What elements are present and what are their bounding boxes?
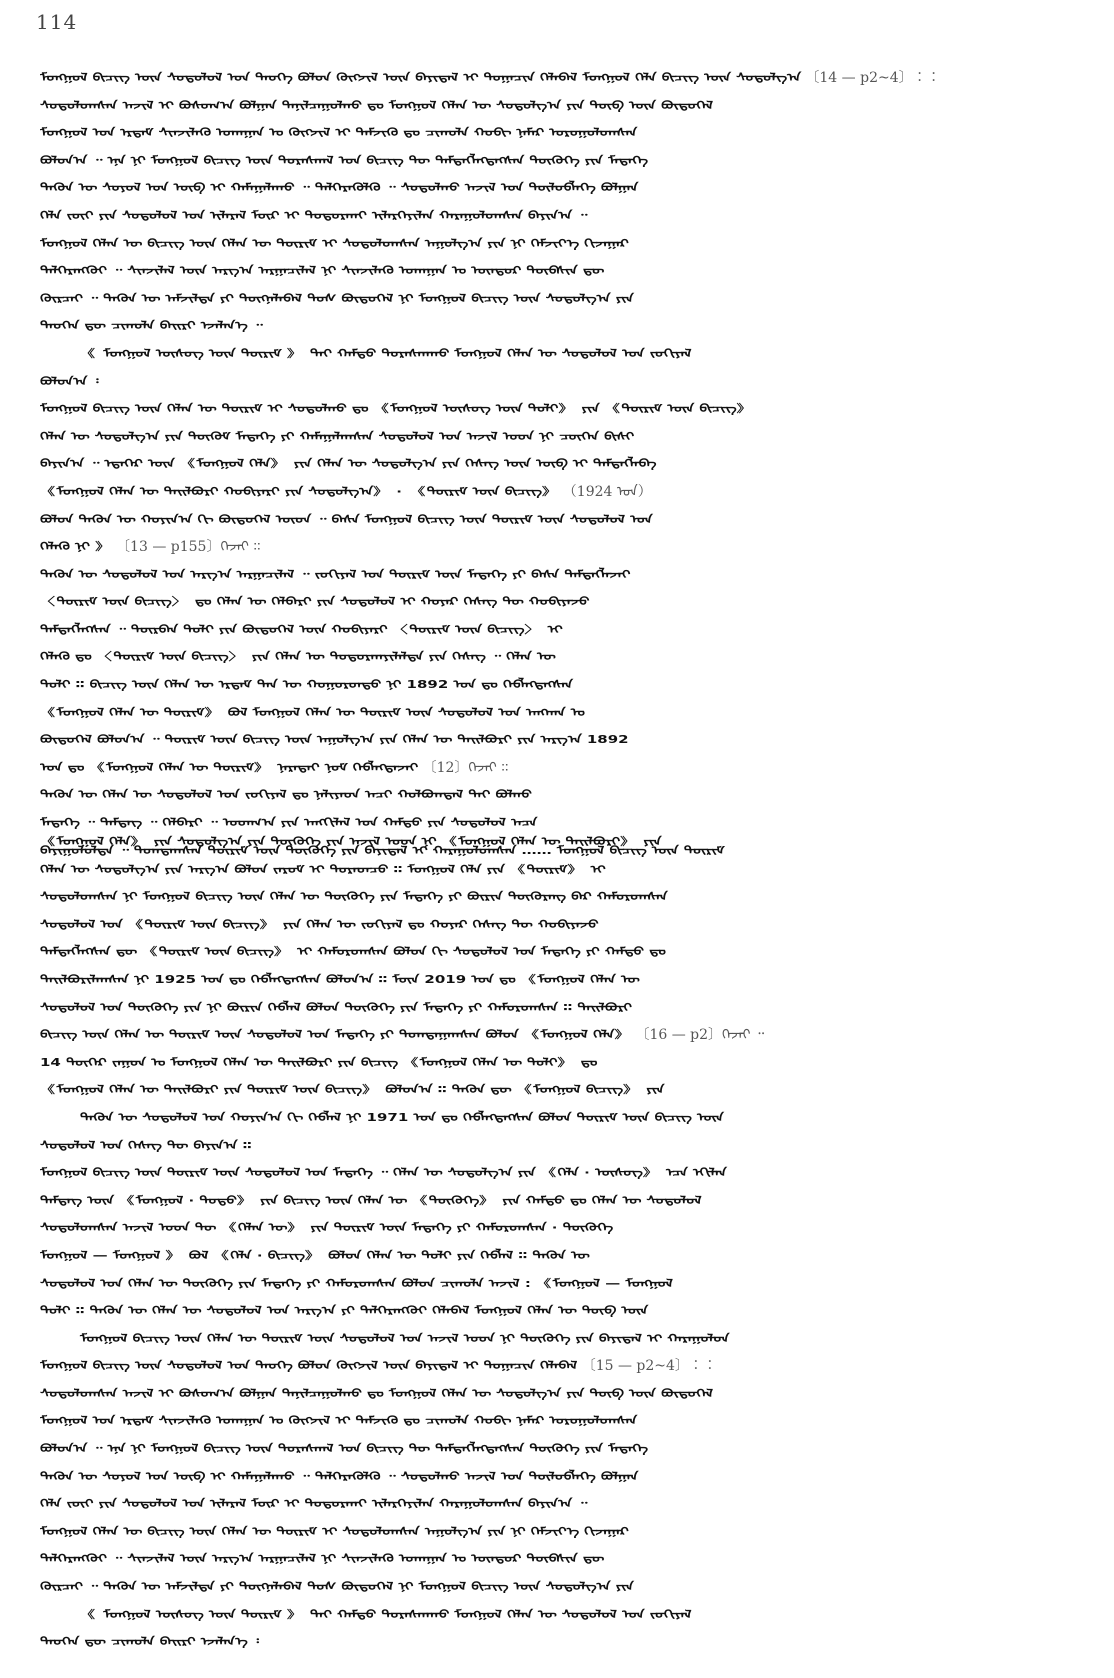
citation: 〔12〕ᠭᠡᠵᠡᠢ ∶∶	[418, 760, 508, 776]
text-line: ᠬᠡᠯᠡᠬᠦ ᠳᠤ 〈ᠳᠦᠷᠢᠮ ᠦᠨ ᠪᠢᠴᠢᠭ〉 ᠶᠢᠨ ᠬᠡᠯᠡᠨ ᠦ ᠲ…	[40, 643, 1080, 671]
text-line: ᠰᠤᠳᠤᠯᠤᠭᠰᠠᠨ ᠨᠢ ᠮᠣᠩᠭᠣᠯ ᠪᠢᠴᠢᠭ ᠦᠨ ᠬᠡᠯᠡᠨ ᠦ ᠲᠦ…	[40, 883, 1080, 911]
text-line: ᠪᠢᠴᠢᠭ ᠦᠨ ᠬᠡᠯᠡᠨ ᠦ ᠳᠦᠷᠢᠮ ᠦᠨ ᠰᠤᠳᠤᠯᠤᠯ ᠤᠨ ᠮᠡᠳ…	[40, 1021, 1080, 1049]
line-text: ᠮᠣᠩᠭᠣᠯ ᠪᠢᠴᠢᠭ ᠦᠨ ᠰᠤᠳᠤᠯᠤᠯ ᠤᠨ ᠲᠡᠦᠬᠡ ᠪᠣᠯᠤᠨ ᠬ…	[40, 68, 801, 88]
line-text: ᠪᠢᠴᠢᠭ ᠦᠨ ᠬᠡᠯᠡᠨ ᠦ ᠳᠦᠷᠢᠮ ᠦᠨ ᠰᠤᠳᠤᠯᠤᠯ ᠤᠨ ᠮᠡᠳ…	[40, 1025, 631, 1045]
line-text: 14 ᠳᠦᠭᠡᠷ ᠵᠠᠭᠤᠨ ᠤ ᠮᠣᠩᠭᠣᠯ ᠬᠡᠯᠡᠨ ᠦ ᠲᠠᠢᠯᠪᠤᠷᠢ…	[40, 1053, 597, 1073]
text-line: ᠰᠤᠳᠤᠯᠤᠭᠰᠠᠨ ᠠᠵᠢᠯ ᠢ ᠪᠣᠰᠤᠭ᠎ᠠ ᠪᠣᠯᠭᠠᠨ ᠲᠠᠨᠢᠯᠴᠠ…	[40, 1380, 1080, 1408]
text-line: ᠪᠣᠯᠤᠨ᠎ᠠ ᠄	[40, 368, 1080, 396]
text-line: ᠮᠣᠩᠭᠣᠯ ᠤᠨ ᠡᠷᠳᠡᠮ ᠰᠢᠨᠵᠢᠯᠡᠬᠦ ᠤᠬᠠᠭᠠᠨ ᠤ ᠬᠥᠭᠵᠢ…	[40, 1407, 1080, 1435]
text-line: ᠪᠠᠶᠢᠨ᠎ᠠ ᠃ ᠡᠳᠡᠭᠡᠷ ᠦᠨ 《ᠮᠣᠩᠭᠣᠯ ᠬᠡᠯᠡ》 ᠶᠢᠨ ᠬᠡ…	[40, 450, 1080, 478]
line-text: 《ᠮᠣᠩᠭᠣᠯ ᠬᠡᠯᠡ》 ᠶᠢᠨ ᠰᠤᠳᠤᠯᠭ᠎ᠠ ᠶᠢᠨ ᠲᠦᠭᠦᠬᠡ ᠶᠢ…	[40, 832, 662, 852]
text-line: ᠰᠤᠳᠤᠯᠤᠯ ᠤᠨ ᠬᠡᠯᠡᠨ ᠦ ᠲᠦᠭᠦᠬᠡ ᠶᠢᠨ ᠮᠡᠳᠡᠭᠡ ᠶᠢ …	[40, 1270, 1080, 1298]
line-text: ᠪᠠᠶᠢᠨ᠎ᠠ ᠃ ᠡᠳᠡᠭᠡᠷ ᠦᠨ 《ᠮᠣᠩᠭᠣᠯ ᠬᠡᠯᠡ》 ᠶᠢᠨ ᠬᠡ…	[40, 454, 656, 474]
text-line: ᠮᠣᠩᠭᠣᠯ ᠪᠢᠴᠢᠭ ᠦᠨ ᠰᠤᠳᠤᠯᠤᠯ ᠤᠨ ᠲᠡᠦᠬᠡ ᠪᠣᠯᠤᠨ ᠬ…	[40, 1352, 1080, 1380]
line-text: ᠰᠤᠳᠤᠯᠤᠯ ᠤᠨ 《ᠳᠦᠷᠢᠮ ᠦᠨ ᠪᠢᠴᠢᠭ》 ᠶᠢᠨ ᠬᠡᠯᠡᠨ ᠦ …	[40, 915, 599, 935]
text-line: 14 ᠳᠦᠭᠡᠷ ᠵᠠᠭᠤᠨ ᠤ ᠮᠣᠩᠭᠣᠯ ᠬᠡᠯᠡᠨ ᠦ ᠲᠠᠢᠯᠪᠤᠷᠢ…	[40, 1049, 1080, 1077]
line-text: ᠲᠡᠭᠦᠨ ᠦ ᠰᠤᠳᠤᠯᠤᠯ ᠤᠨ ᠬᠣᠶᠢᠨ᠎ᠠ ᠬᠢ ᠬᠡᠪᠯᠡᠯ ᠨᠢ …	[80, 1108, 724, 1128]
line-text: ᠰᠤᠳᠤᠯᠤᠭᠰᠠᠨ ᠠᠵᠢᠯ ᠤᠳ ᠲᠦ 《ᠬᠡᠯᠡᠨ ᠦ》 ᠶᠢᠨ ᠳᠦᠷᠢ…	[40, 1218, 613, 1238]
text-line: ᠮᠣᠩᠭᠣᠯ ᠬᠡᠯᠡᠨ ᠦ ᠪᠢᠴᠢᠭ ᠦᠨ ᠬᠡᠯᠡᠨ ᠦ ᠳᠦᠷᠢᠮ ᠢ …	[40, 1518, 1080, 1546]
line-text: 《ᠮᠣᠩᠭᠣᠯ ᠬᠡᠯᠡᠨ ᠦ ᠲᠠᠢᠯᠪᠤᠷᠢ ᠶᠢᠨ ᠳᠦᠷᠢᠮ ᠦᠨ ᠪᠢ…	[40, 1080, 664, 1100]
line-text: ᠳᠡᠯᠭᠡᠷᠡᠩᠭᠦᠢ ᠃ ᠰᠢᠨᠵᠢᠯᠡᠯ ᠦᠨ ᠠᠷᠭ᠎ᠠ ᠠᠷᠭᠠᠴᠢᠯᠠ…	[40, 261, 604, 281]
text-line: ᠰᠤᠳᠤᠯᠤᠭᠰᠠᠨ ᠠᠵᠢᠯ ᠢ ᠪᠣᠰᠤᠭ᠎ᠠ ᠪᠣᠯᠭᠠᠨ ᠲᠠᠨᠢᠯᠴᠠ…	[40, 92, 1080, 120]
text-line: 《ᠮᠣᠩᠭᠣᠯ ᠬᠡᠯᠡᠨ ᠦ ᠲᠠᠢᠯᠪᠤᠷᠢ ᠬᠤᠪᠢᠶᠠᠷᠢ ᠶᠢᠨ ᠰᠤ…	[40, 478, 1080, 506]
text-line: ᠲᠣᠯᠢ ∶∶ ᠲᠡᠭᠦᠨ ᠦ ᠬᠡᠯᠡᠨ ᠦ ᠰᠤᠳᠤᠯᠤᠯ ᠤᠨ ᠠᠷᠭ᠎ᠠ…	[40, 1297, 1080, 1325]
line-text: ᠲᠡᠮᠳᠡᠭ ᠦᠨ 《ᠮᠣᠩᠭᠣᠯ · ᠲᠣᠳᠣ》 ᠶᠢᠨ ᠪᠢᠴᠢᠭ ᠦᠨ ᠬ…	[40, 1191, 702, 1211]
line-text: ᠮᠣᠩᠭᠣᠯ ᠪᠢᠴᠢᠭ ᠦᠨ ᠰᠤᠳᠤᠯᠤᠯ ᠤᠨ ᠲᠡᠦᠬᠡ ᠪᠣᠯᠤᠨ ᠬ…	[40, 1356, 577, 1376]
line-text: ᠮᠣᠩᠭᠣᠯ ᠤᠨ ᠡᠷᠳᠡᠮ ᠰᠢᠨᠵᠢᠯᠡᠬᠦ ᠤᠬᠠᠭᠠᠨ ᠤ ᠬᠥᠭᠵᠢ…	[40, 123, 637, 143]
line-text: ᠬᠡᠯᠡᠨ ᠦ ᠰᠤᠳᠤᠯᠭ᠎ᠠ ᠶᠢᠨ ᠠᠷᠭ᠎ᠠ ᠪᠣᠯᠤᠨ ᠵᠠᠷᠤᠮ ᠢ…	[40, 859, 605, 879]
citation: 〔14 — p2~4〕∶∶	[801, 70, 941, 86]
text-line: ᠲᠡᠮᠳᠡᠭ ᠦᠨ 《ᠮᠣᠩᠭᠣᠯ · ᠲᠣᠳᠣ》 ᠶᠢᠨ ᠪᠢᠴᠢᠭ ᠦᠨ ᠬ…	[40, 1187, 1080, 1215]
citation: 〔13 — p155〕ᠭᠡᠵᠡᠢ ∶∶	[112, 539, 261, 555]
line-text: ᠰᠤᠳᠤᠯᠤᠭᠰᠠᠨ ᠠᠵᠢᠯ ᠢ ᠪᠣᠰᠤᠭ᠎ᠠ ᠪᠣᠯᠭᠠᠨ ᠲᠠᠨᠢᠯᠴᠠ…	[40, 1384, 713, 1404]
text-line: 《ᠮᠣᠩᠭᠣᠯ ᠬᠡᠯᠡᠨ ᠦ ᠳᠦᠷᠢᠮ》 ᠪᠣᠯ ᠮᠣᠩᠭᠣᠯ ᠬᠡᠯᠡᠨ …	[40, 699, 1080, 727]
text-line: ᠮᠣᠩᠭᠣᠯ — ᠮᠣᠩᠭᠣᠯ 》 ᠪᠣᠯ 《ᠬᠡᠯᠡ · ᠪᠢᠴᠢᠭ》 ᠪᠣᠯ…	[40, 1242, 1080, 1270]
page-number: 114	[36, 10, 77, 34]
text-line: ᠲᠡᠦᠬᠡᠨ ᠳᠦ ᠴᠢᠬᠤᠯᠠ ᠪᠠᠢᠷᠢ ᠡᠵᠡᠯᠡᠨ᠎ᠡ ᠄	[40, 1628, 1080, 1656]
line-text: 《ᠮᠣᠩᠭᠣᠯ ᠬᠡᠯᠡᠨ ᠦ ᠲᠠᠢᠯᠪᠤᠷᠢ ᠬᠤᠪᠢᠶᠠᠷᠢ ᠶᠢᠨ ᠰᠤ…	[40, 482, 558, 502]
text-line: ᠮᠣᠩᠭᠣᠯ ᠪᠢᠴᠢᠭ ᠦᠨ ᠬᠡᠯᠡᠨ ᠦ ᠳᠦᠷᠢᠮ ᠦᠨ ᠰᠤᠳᠤᠯᠤᠯ…	[40, 1325, 1080, 1353]
line-text: ᠲᠠᠢᠯᠪᠤᠷᠢᠯᠠᠭᠰᠠᠨ ᠨᠢ 1925 ᠣᠨ ᠳᠤ ᠬᠡᠪᠯᠡᠭᠳᠡᠭᠰᠡ…	[40, 970, 639, 990]
text-line: ᠪᠦᠲᠦᠭᠡᠯ ᠪᠣᠯᠤᠨ᠎ᠠ ᠃ ᠳᠦᠷᠢᠮ ᠦᠨ ᠪᠢᠴᠢᠭ ᠦᠨ ᠠᠭᠤᠯ…	[40, 726, 1080, 754]
citation: 〔16 — p2〕ᠭᠡᠵᠡᠢ ᠃	[631, 1027, 764, 1043]
line-text: ᠲᠡᠭᠦᠨ ᠦ ᠰᠣᠶᠣᠯ ᠤᠨ ᠥᠪ ᠢ ᠬᠠᠮᠠᠭᠠᠯᠠᠬᠤ ᠃ ᠳᠡᠯᠭᠡ…	[40, 178, 638, 198]
text-line: ᠮᠣᠩᠭᠣᠯ ᠪᠢᠴᠢᠭ ᠦᠨ ᠬᠡᠯᠡᠨ ᠦ ᠳᠦᠷᠢᠮ ᠢ ᠰᠤᠳᠤᠯᠬᠤ …	[40, 395, 1080, 423]
line-text: ᠪᠦᠲᠦᠭᠡᠯ ᠪᠣᠯᠤᠨ᠎ᠠ ᠃ ᠳᠦᠷᠢᠮ ᠦᠨ ᠪᠢᠴᠢᠭ ᠦᠨ ᠠᠭᠤᠯ…	[40, 730, 629, 750]
text-line: ᠰᠤᠳᠤᠯᠤᠯ ᠤᠨ 《ᠳᠦᠷᠢᠮ ᠦᠨ ᠪᠢᠴᠢᠭ》 ᠶᠢᠨ ᠬᠡᠯᠡᠨ ᠦ …	[40, 911, 1080, 939]
text-line: ᠰᠤᠳᠤᠯᠤᠯ ᠤᠨ ᠬᠡᠰᠡᠭ ᠲᠦ ᠪᠠᠶᠢᠨ᠎ᠠ ∶∶	[40, 1132, 1080, 1160]
line-text: ᠮᠣᠩᠭᠣᠯ ᠤᠨ ᠡᠷᠳᠡᠮ ᠰᠢᠨᠵᠢᠯᠡᠬᠦ ᠤᠬᠠᠭᠠᠨ ᠤ ᠬᠥᠭᠵᠢ…	[40, 1411, 637, 1431]
text-line: ᠪᠣᠯᠤᠨ᠎ᠠ ᠃ ᠡᠨᠡ ᠨᠢ ᠮᠣᠩᠭᠣᠯ ᠪᠢᠴᠢᠭ ᠦᠨ ᠳᠤᠷᠠᠰᠬᠠ…	[40, 147, 1080, 175]
line-text: ᠲᠡᠦᠬᠡᠨ ᠳᠦ ᠴᠢᠬᠤᠯᠠ ᠪᠠᠢᠷᠢ ᠡᠵᠡᠯᠡᠨ᠎ᠡ ᠄	[40, 1632, 259, 1652]
citation: （1924 ᠣᠨ）	[558, 484, 651, 500]
line-text: ᠲᠣᠯᠢ ∶∶ ᠲᠡᠭᠦᠨ ᠦ ᠬᠡᠯᠡᠨ ᠦ ᠰᠤᠳᠤᠯᠤᠯ ᠤᠨ ᠠᠷᠭ᠎ᠠ…	[40, 1301, 648, 1321]
text-line: ᠬᠡᠯᠡ ᠵᠦᠢ ᠶᠢᠨ ᠰᠤᠳᠤᠯᠤᠯ ᠤᠨ ᠢᠯᠡᠷᠡᠯ ᠮᠥᠷ ᠢ ᠲᠣᠳ…	[40, 1490, 1080, 1518]
line-text: 《 ᠮᠣᠩᠭᠣᠯ ᠦᠰᠦᠭ ᠦᠨ ᠳᠦᠷᠢᠮ 》 ᠲᠠᠢ ᠬᠠᠮᠲᠤ ᠳᠤᠷᠠᠰ…	[80, 344, 691, 364]
line-text: ᠰᠤᠳᠤᠯᠤᠭᠰᠠᠨ ᠨᠢ ᠮᠣᠩᠭᠣᠯ ᠪᠢᠴᠢᠭ ᠦᠨ ᠬᠡᠯᠡᠨ ᠦ ᠲᠦ…	[40, 887, 668, 907]
text-line: ᠬᠡᠯᠡᠨ ᠦ ᠰᠤᠳᠤᠯᠭ᠎ᠠ ᠶᠢᠨ ᠠᠷᠭ᠎ᠠ ᠪᠣᠯᠤᠨ ᠵᠠᠷᠤᠮ ᠢ…	[40, 856, 1080, 884]
line-text: ᠬᠦᠷᠴᠡᠢ ᠃ ᠲᠡᠭᠦᠨ ᠦ ᠠᠮᠵᠢᠯᠲᠠ ᠶᠢ ᠳᠦᠭᠨᠡᠯᠡᠪᠡᠯ ᠲ…	[40, 289, 634, 309]
line-text: ᠪᠣᠯᠣᠨ ᠲᠡᠭᠦᠨ ᠦ ᠬᠣᠶᠢᠨ᠎ᠠ ᠬᠢ ᠪᠦᠲᠦᠭᠡᠯ ᠦᠳ ᠃ ᠪᠠ…	[40, 509, 653, 529]
text-line: ᠬᠡᠯᠡ ᠵᠦᠢ ᠶᠢᠨ ᠰᠤᠳᠤᠯᠤᠯ ᠤᠨ ᠢᠯᠡᠷᠡᠯ ᠮᠥᠷ ᠢ ᠲᠣᠳ…	[40, 202, 1080, 230]
line-text: ᠬᠡᠯᠡᠬᠦ ᠨᠢ 》	[40, 537, 112, 557]
line-text: 〈ᠳᠦᠷᠢᠮ ᠦᠨ ᠪᠢᠴᠢᠭ〉 ᠳᠤ ᠬᠡᠯᠡᠨ ᠦ ᠬᠡᠯᠪᠡᠷᠢ ᠶᠢᠨ …	[40, 592, 589, 612]
text-line: ᠬᠡᠯᠡᠨ ᠦ ᠰᠤᠳᠤᠯᠭ᠎ᠠ ᠶᠢᠨ ᠲᠦᠬᠦᠮ ᠮᠡᠳᠡᠭᠡ ᠶᠢ ᠬᠠᠮ…	[40, 423, 1080, 451]
text-block-bottom: 《ᠮᠣᠩᠭᠣᠯ ᠬᠡᠯᠡ》 ᠶᠢᠨ ᠰᠤᠳᠤᠯᠭ᠎ᠠ ᠶᠢᠨ ᠲᠦᠭᠦᠬᠡ ᠶᠢ…	[40, 828, 1080, 1656]
text-line: ᠲᠡᠭᠦᠨ ᠦ ᠰᠤᠳᠤᠯᠤᠯ ᠤᠨ ᠬᠣᠶᠢᠨ᠎ᠠ ᠬᠢ ᠬᠡᠪᠯᠡᠯ ᠨᠢ …	[40, 1104, 1080, 1132]
text-line: ᠮᠣᠩᠭᠣᠯ ᠪᠢᠴᠢᠭ ᠦᠨ ᠰᠤᠳᠤᠯᠤᠯ ᠤᠨ ᠲᠡᠦᠬᠡ ᠪᠣᠯᠤᠨ ᠬ…	[40, 64, 1080, 92]
text-line: ᠳᠡᠯᠭᠡᠷᠡᠩᠭᠦᠢ ᠃ ᠰᠢᠨᠵᠢᠯᠡᠯ ᠦᠨ ᠠᠷᠭ᠎ᠠ ᠠᠷᠭᠠᠴᠢᠯᠠ…	[40, 1545, 1080, 1573]
text-line: ᠮᠣᠩᠭᠣᠯ ᠪᠢᠴᠢᠭ ᠦᠨ ᠳᠦᠷᠢᠮ ᠦᠨ ᠰᠤᠳᠤᠯᠤᠯ ᠤᠨ ᠮᠡᠳᠡ…	[40, 1159, 1080, 1187]
text-line: ᠲᠡᠮᠳᠡᠭᠯᠡᠭᠰᠡᠨ ᠃ ᠳᠥᠷᠪᠡᠨ ᠲᠣᠯᠢ ᠶᠢᠨ ᠪᠦᠲᠦᠭᠡᠯ ᠦ…	[40, 616, 1080, 644]
text-line: ᠲᠡᠭᠦᠨ ᠦ ᠰᠣᠶᠣᠯ ᠤᠨ ᠥᠪ ᠢ ᠬᠠᠮᠠᠭᠠᠯᠠᠬᠤ ᠃ ᠳᠡᠯᠭᠡ…	[40, 174, 1080, 202]
text-line: ᠲᠡᠭᠦᠨ ᠦ ᠰᠣᠶᠣᠯ ᠤᠨ ᠥᠪ ᠢ ᠬᠠᠮᠠᠭᠠᠯᠠᠬᠤ ᠃ ᠳᠡᠯᠭᠡ…	[40, 1463, 1080, 1491]
text-line: ᠲᠡᠭᠦᠨ ᠦ ᠰᠤᠳᠤᠯᠤᠯ ᠤᠨ ᠠᠷᠭ᠎ᠠ ᠠᠷᠭᠠᠴᠢᠯᠠᠯ ᠃ ᠵᠣᠬ…	[40, 561, 1080, 589]
text-line: ᠬᠦᠷᠴᠡᠢ ᠃ ᠲᠡᠭᠦᠨ ᠦ ᠠᠮᠵᠢᠯᠲᠠ ᠶᠢ ᠳᠦᠭᠨᠡᠯᠡᠪᠡᠯ ᠲ…	[40, 1573, 1080, 1601]
line-text: ᠰᠤᠳᠤᠯᠤᠯ ᠤᠨ ᠬᠡᠯᠡᠨ ᠦ ᠲᠦᠭᠦᠬᠡ ᠶᠢᠨ ᠮᠡᠳᠡᠭᠡ ᠶᠢ …	[40, 1273, 673, 1293]
line-text: 《ᠮᠣᠩᠭᠣᠯ ᠬᠡᠯᠡᠨ ᠦ ᠳᠦᠷᠢᠮ》 ᠪᠣᠯ ᠮᠣᠩᠭᠣᠯ ᠬᠡᠯᠡᠨ …	[40, 703, 585, 723]
line-text: ᠮᠣᠩᠭᠣᠯ — ᠮᠣᠩᠭᠣᠯ 》 ᠪᠣᠯ 《ᠬᠡᠯᠡ · ᠪᠢᠴᠢᠭ》 ᠪᠣᠯ…	[40, 1246, 589, 1266]
line-text: ᠬᠦᠷᠴᠡᠢ ᠃ ᠲᠡᠭᠦᠨ ᠦ ᠠᠮᠵᠢᠯᠲᠠ ᠶᠢ ᠳᠦᠭᠨᠡᠯᠡᠪᠡᠯ ᠲ…	[40, 1577, 634, 1597]
line-text: ᠲᠡᠭᠦᠨ ᠦ ᠰᠤᠳᠤᠯᠤᠯ ᠤᠨ ᠠᠷᠭ᠎ᠠ ᠠᠷᠭᠠᠴᠢᠯᠠᠯ ᠃ ᠵᠣᠬ…	[40, 565, 630, 585]
text-line: ᠪᠣᠯᠣᠨ ᠲᠡᠭᠦᠨ ᠦ ᠬᠣᠶᠢᠨ᠎ᠠ ᠬᠢ ᠪᠦᠲᠦᠭᠡᠯ ᠦᠳ ᠃ ᠪᠠ…	[40, 506, 1080, 534]
citation: 〔15 — p2~4〕∶∶	[577, 1358, 717, 1374]
text-line: ᠬᠡᠯᠡᠬᠦ ᠨᠢ 》 〔13 — p155〕ᠭᠡᠵᠡᠢ ∶∶	[40, 533, 1080, 561]
line-text: ᠮᠣᠩᠭᠣᠯ ᠬᠡᠯᠡᠨ ᠦ ᠪᠢᠴᠢᠭ ᠦᠨ ᠬᠡᠯᠡᠨ ᠦ ᠳᠦᠷᠢᠮ ᠢ …	[40, 233, 629, 253]
line-text: ᠰᠤᠳᠤᠯᠤᠯ ᠤᠨ ᠲᠦᠭᠦᠬᠡ ᠶᠢᠨ ᠨᠢ ᠪᠦᠷᠢᠨ ᠬᠡᠪᠯᠡᠯ ᠪᠣ…	[40, 997, 632, 1017]
text-line: 《ᠮᠣᠩᠭᠣᠯ ᠬᠡᠯᠡ》 ᠶᠢᠨ ᠰᠤᠳᠤᠯᠭ᠎ᠠ ᠶᠢᠨ ᠲᠦᠭᠦᠬᠡ ᠶᠢ…	[40, 828, 1080, 856]
line-text: ᠬᠡᠯᠡ ᠵᠦᠢ ᠶᠢᠨ ᠰᠤᠳᠤᠯᠤᠯ ᠤᠨ ᠢᠯᠡᠷᠡᠯ ᠮᠥᠷ ᠢ ᠲᠣᠳ…	[40, 1494, 587, 1514]
line-text: ᠳᠡᠯᠭᠡᠷᠡᠩᠭᠦᠢ ᠃ ᠰᠢᠨᠵᠢᠯᠡᠯ ᠦᠨ ᠠᠷᠭ᠎ᠠ ᠠᠷᠭᠠᠴᠢᠯᠠ…	[40, 1549, 604, 1569]
line-text: ᠬᠡᠯᠡᠬᠦ ᠳᠤ 〈ᠳᠦᠷᠢᠮ ᠦᠨ ᠪᠢᠴᠢᠭ〉 ᠶᠢᠨ ᠬᠡᠯᠡᠨ ᠦ ᠲ…	[40, 647, 556, 667]
line-text: ᠰᠤᠳᠤᠯᠤᠭᠰᠠᠨ ᠠᠵᠢᠯ ᠢ ᠪᠣᠰᠤᠭ᠎ᠠ ᠪᠣᠯᠭᠠᠨ ᠲᠠᠨᠢᠯᠴᠠ…	[40, 95, 713, 115]
text-line: ᠳᠡᠯᠭᠡᠷᠡᠩᠭᠦᠢ ᠃ ᠰᠢᠨᠵᠢᠯᠡᠯ ᠦᠨ ᠠᠷᠭ᠎ᠠ ᠠᠷᠭᠠᠴᠢᠯᠠ…	[40, 257, 1080, 285]
line-text: ᠰᠤᠳᠤᠯᠤᠯ ᠤᠨ ᠬᠡᠰᠡᠭ ᠲᠦ ᠪᠠᠶᠢᠨ᠎ᠠ ∶∶	[40, 1135, 252, 1155]
line-text: ᠪᠣᠯᠤᠨ᠎ᠠ ᠃ ᠡᠨᠡ ᠨᠢ ᠮᠣᠩᠭᠣᠯ ᠪᠢᠴᠢᠭ ᠦᠨ ᠳᠤᠷᠠᠰᠬᠠ…	[40, 151, 648, 171]
line-text: ᠬᠡᠯᠡ ᠵᠦᠢ ᠶᠢᠨ ᠰᠤᠳᠤᠯᠤᠯ ᠤᠨ ᠢᠯᠡᠷᠡᠯ ᠮᠥᠷ ᠢ ᠲᠣᠳ…	[40, 206, 587, 226]
line-text: ᠪᠣᠯᠤᠨ᠎ᠠ ᠄	[40, 371, 98, 391]
text-line: ᠮᠣᠩᠭᠣᠯ ᠬᠡᠯᠡᠨ ᠦ ᠪᠢᠴᠢᠭ ᠦᠨ ᠬᠡᠯᠡᠨ ᠦ ᠳᠦᠷᠢᠮ ᠢ …	[40, 230, 1080, 258]
line-text: ᠮᠣᠩᠭᠣᠯ ᠪᠢᠴᠢᠭ ᠦᠨ ᠬᠡᠯᠡᠨ ᠦ ᠳᠦᠷᠢᠮ ᠢ ᠰᠤᠳᠤᠯᠬᠤ …	[40, 399, 753, 419]
line-text: 《 ᠮᠣᠩᠭᠣᠯ ᠦᠰᠦᠭ ᠦᠨ ᠳᠦᠷᠢᠮ 》 ᠲᠠᠢ ᠬᠠᠮᠲᠤ ᠳᠤᠷᠠᠰ…	[80, 1604, 691, 1624]
text-line: ᠬᠦᠷᠴᠡᠢ ᠃ ᠲᠡᠭᠦᠨ ᠦ ᠠᠮᠵᠢᠯᠲᠠ ᠶᠢ ᠳᠦᠭᠨᠡᠯᠡᠪᠡᠯ ᠲ…	[40, 285, 1080, 313]
line-text: ᠮᠣᠩᠭᠣᠯ ᠪᠢᠴᠢᠭ ᠦᠨ ᠳᠦᠷᠢᠮ ᠦᠨ ᠰᠤᠳᠤᠯᠤᠯ ᠤᠨ ᠮᠡᠳᠡ…	[40, 1163, 727, 1183]
text-line: ᠲᠡᠮᠳᠡᠭᠯᠡᠭᠰᠡᠨ ᠳᠦ 《ᠳᠦᠷᠢᠮ ᠦᠨ ᠪᠢᠴᠢᠭ》 ᠢ ᠬᠠᠮᠤᠷ…	[40, 938, 1080, 966]
line-text: ᠣᠨ ᠳᠤ 《ᠮᠣᠩᠭᠣᠯ ᠬᠡᠯᠡᠨ ᠦ ᠳᠦᠷᠢᠮ》 ᠨᠡᠷᠡᠲᠡᠢ ᠨᠣᠮ…	[40, 758, 418, 778]
line-text: ᠪᠣᠯᠤᠨ᠎ᠠ ᠃ ᠡᠨᠡ ᠨᠢ ᠮᠣᠩᠭᠣᠯ ᠪᠢᠴᠢᠭ ᠦᠨ ᠳᠤᠷᠠᠰᠬᠠ…	[40, 1439, 648, 1459]
text-line: 《 ᠮᠣᠩᠭᠣᠯ ᠦᠰᠦᠭ ᠦᠨ ᠳᠦᠷᠢᠮ 》 ᠲᠠᠢ ᠬᠠᠮᠲᠤ ᠳᠤᠷᠠᠰ…	[40, 340, 1080, 368]
line-text: ᠮᠣᠩᠭᠣᠯ ᠪᠢᠴᠢᠭ ᠦᠨ ᠬᠡᠯᠡᠨ ᠦ ᠳᠦᠷᠢᠮ ᠦᠨ ᠰᠤᠳᠤᠯᠤᠯ…	[80, 1329, 729, 1349]
text-line: ᠰᠤᠳᠤᠯᠤᠯ ᠤᠨ ᠲᠦᠭᠦᠬᠡ ᠶᠢᠨ ᠨᠢ ᠪᠦᠷᠢᠨ ᠬᠡᠪᠯᠡᠯ ᠪᠣ…	[40, 994, 1080, 1022]
text-line: ᠲᠠᠢᠯᠪᠤᠷᠢᠯᠠᠭᠰᠠᠨ ᠨᠢ 1925 ᠣᠨ ᠳᠤ ᠬᠡᠪᠯᠡᠭᠳᠡᠭᠰᠡ…	[40, 966, 1080, 994]
text-line: ᠣᠨ ᠳᠤ 《ᠮᠣᠩᠭᠣᠯ ᠬᠡᠯᠡᠨ ᠦ ᠳᠦᠷᠢᠮ》 ᠨᠡᠷᠡᠲᠡᠢ ᠨᠣᠮ…	[40, 754, 1080, 782]
line-text: ᠲᠡᠭᠦᠨ ᠦ ᠬᠡᠯᠡᠨ ᠦ ᠰᠤᠳᠤᠯᠤᠯ ᠤᠨ ᠵᠣᠬᠢᠶᠠᠯ ᠳᠤ ᠨᠡ…	[40, 785, 532, 805]
text-line: ᠰᠤᠳᠤᠯᠤᠭᠰᠠᠨ ᠠᠵᠢᠯ ᠤᠳ ᠲᠦ 《ᠬᠡᠯᠡᠨ ᠦ》 ᠶᠢᠨ ᠳᠦᠷᠢ…	[40, 1214, 1080, 1242]
text-line: ᠲᠣᠯᠢ ∶∶ ᠪᠢᠴᠢᠭ ᠦᠨ ᠬᠡᠯᠡᠨ ᠦ ᠡᠷᠳᠡᠮ ᠲᠡᠨ ᠦ ᠬᠣᠭ…	[40, 671, 1080, 699]
line-text: ᠮᠣᠩᠭᠣᠯ ᠬᠡᠯᠡᠨ ᠦ ᠪᠢᠴᠢᠭ ᠦᠨ ᠬᠡᠯᠡᠨ ᠦ ᠳᠦᠷᠢᠮ ᠢ …	[40, 1522, 629, 1542]
line-text: ᠲᠡᠮᠳᠡᠭᠯᠡᠭᠰᠡᠨ ᠃ ᠳᠥᠷᠪᠡᠨ ᠲᠣᠯᠢ ᠶᠢᠨ ᠪᠦᠲᠦᠭᠡᠯ ᠦ…	[40, 620, 562, 640]
text-line: 〈ᠳᠦᠷᠢᠮ ᠦᠨ ᠪᠢᠴᠢᠭ〉 ᠳᠤ ᠬᠡᠯᠡᠨ ᠦ ᠬᠡᠯᠪᠡᠷᠢ ᠶᠢᠨ …	[40, 588, 1080, 616]
text-line: ᠪᠣᠯᠤᠨ᠎ᠠ ᠃ ᠡᠨᠡ ᠨᠢ ᠮᠣᠩᠭᠣᠯ ᠪᠢᠴᠢᠭ ᠦᠨ ᠳᠤᠷᠠᠰᠬᠠ…	[40, 1435, 1080, 1463]
line-text: ᠬᠡᠯᠡᠨ ᠦ ᠰᠤᠳᠤᠯᠭ᠎ᠠ ᠶᠢᠨ ᠲᠦᠬᠦᠮ ᠮᠡᠳᠡᠭᠡ ᠶᠢ ᠬᠠᠮ…	[40, 427, 634, 447]
text-line: ᠲᠡᠦᠬᠡᠨ ᠳᠦ ᠴᠢᠬᠤᠯᠠ ᠪᠠᠢᠷᠢ ᠡᠵᠡᠯᠡᠨ᠎ᠡ ᠃	[40, 312, 1080, 340]
text-line: 《ᠮᠣᠩᠭᠣᠯ ᠬᠡᠯᠡᠨ ᠦ ᠲᠠᠢᠯᠪᠤᠷᠢ ᠶᠢᠨ ᠳᠦᠷᠢᠮ ᠦᠨ ᠪᠢ…	[40, 1076, 1080, 1104]
text-line: 《 ᠮᠣᠩᠭᠣᠯ ᠦᠰᠦᠭ ᠦᠨ ᠳᠦᠷᠢᠮ 》 ᠲᠠᠢ ᠬᠠᠮᠲᠤ ᠳᠤᠷᠠᠰ…	[40, 1601, 1080, 1629]
line-text: ᠲᠡᠭᠦᠨ ᠦ ᠰᠣᠶᠣᠯ ᠤᠨ ᠥᠪ ᠢ ᠬᠠᠮᠠᠭᠠᠯᠠᠬᠤ ᠃ ᠳᠡᠯᠭᠡ…	[40, 1467, 638, 1487]
text-block-top: ᠮᠣᠩᠭᠣᠯ ᠪᠢᠴᠢᠭ ᠦᠨ ᠰᠤᠳᠤᠯᠤᠯ ᠤᠨ ᠲᠡᠦᠬᠡ ᠪᠣᠯᠤᠨ ᠬ…	[40, 64, 1080, 864]
line-text: ᠲᠡᠮᠳᠡᠭᠯᠡᠭᠰᠡᠨ ᠳᠦ 《ᠳᠦᠷᠢᠮ ᠦᠨ ᠪᠢᠴᠢᠭ》 ᠢ ᠬᠠᠮᠤᠷ…	[40, 942, 666, 962]
line-text: ᠲᠡᠦᠬᠡᠨ ᠳᠦ ᠴᠢᠬᠤᠯᠠ ᠪᠠᠢᠷᠢ ᠡᠵᠡᠯᠡᠨ᠎ᠡ ᠃	[40, 316, 263, 336]
text-line: ᠮᠣᠩᠭᠣᠯ ᠤᠨ ᠡᠷᠳᠡᠮ ᠰᠢᠨᠵᠢᠯᠡᠬᠦ ᠤᠬᠠᠭᠠᠨ ᠤ ᠬᠥᠭᠵᠢ…	[40, 119, 1080, 147]
line-text: ᠲᠣᠯᠢ ∶∶ ᠪᠢᠴᠢᠭ ᠦᠨ ᠬᠡᠯᠡᠨ ᠦ ᠡᠷᠳᠡᠮ ᠲᠡᠨ ᠦ ᠬᠣᠭ…	[40, 675, 573, 695]
text-line: ᠲᠡᠭᠦᠨ ᠦ ᠬᠡᠯᠡᠨ ᠦ ᠰᠤᠳᠤᠯᠤᠯ ᠤᠨ ᠵᠣᠬᠢᠶᠠᠯ ᠳᠤ ᠨᠡ…	[40, 781, 1080, 809]
